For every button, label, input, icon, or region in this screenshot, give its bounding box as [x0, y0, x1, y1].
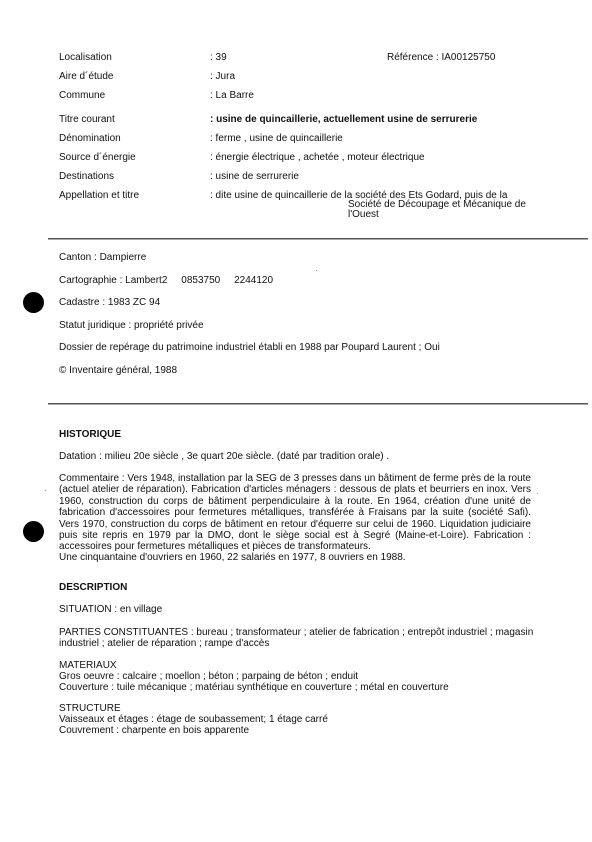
copyright: © Inventaire général, 1988	[59, 365, 177, 377]
statut-juridique: Statut juridique : propriété privée	[59, 320, 204, 332]
datation: Datation : milieu 20e siècle , 3e quart …	[59, 451, 389, 463]
label-aire-etude: Aire d´étude	[59, 71, 113, 83]
cartographie: Cartographie : Lambert2 0853750 2244120	[59, 275, 273, 287]
historique-heading: HISTORIQUE	[59, 429, 121, 441]
dossier-reperage: Dossier de repérage du patrimoine indust…	[59, 342, 440, 354]
scan-speck	[316, 270, 317, 271]
canton: Canton : Dampierre	[59, 252, 146, 264]
value-destinations: : usine de serrurerie	[210, 171, 299, 183]
scan-speck	[537, 493, 538, 494]
label-titre-courant: Titre courant	[59, 114, 115, 126]
label-commune: Commune	[59, 90, 105, 102]
punch-hole-icon	[23, 521, 44, 542]
cadastre: Cadastre : 1983 ZC 94	[59, 297, 160, 309]
value-localisation: : 39	[210, 52, 227, 64]
label-appellation: Appellation et titre	[59, 190, 139, 202]
effectifs: Une cinquantaine d'ouvriers en 1960, 22 …	[59, 552, 406, 564]
value-aire-etude: : Jura	[210, 71, 235, 83]
label-localisation: Localisation	[59, 52, 112, 64]
value-titre-courant: : usine de quincaillerie, actuellement u…	[210, 114, 477, 126]
value-commune: : La Barre	[210, 90, 254, 102]
parties-constituantes: PARTIES CONSTITUANTES : bureau ; transfo…	[59, 627, 559, 650]
commentaire: Commentaire : Vers 1948, installation pa…	[59, 473, 531, 553]
scan-speck	[45, 490, 46, 491]
description-heading: DESCRIPTION	[59, 582, 127, 594]
label-denomination: Dénomination	[59, 133, 121, 145]
divider-top	[48, 238, 588, 240]
reference-number: Référence : IA00125750	[387, 52, 495, 64]
divider-middle	[48, 403, 588, 405]
couvrement: Couvrement : charpente en bois apparente	[59, 725, 249, 737]
label-destinations: Destinations	[59, 171, 114, 183]
label-source-energie: Source d´énergie	[59, 152, 136, 164]
value-appellation-line3: l'Ouest	[348, 209, 379, 221]
value-source-energie: : énergie électrique , achetée , moteur …	[210, 152, 425, 164]
punch-hole-icon	[23, 292, 44, 313]
situation: SITUATION : en village	[59, 604, 162, 616]
couverture: Couverture : tuile mécanique ; matériau …	[59, 682, 449, 694]
value-denomination: : ferme , usine de quincaillerie	[210, 133, 343, 145]
